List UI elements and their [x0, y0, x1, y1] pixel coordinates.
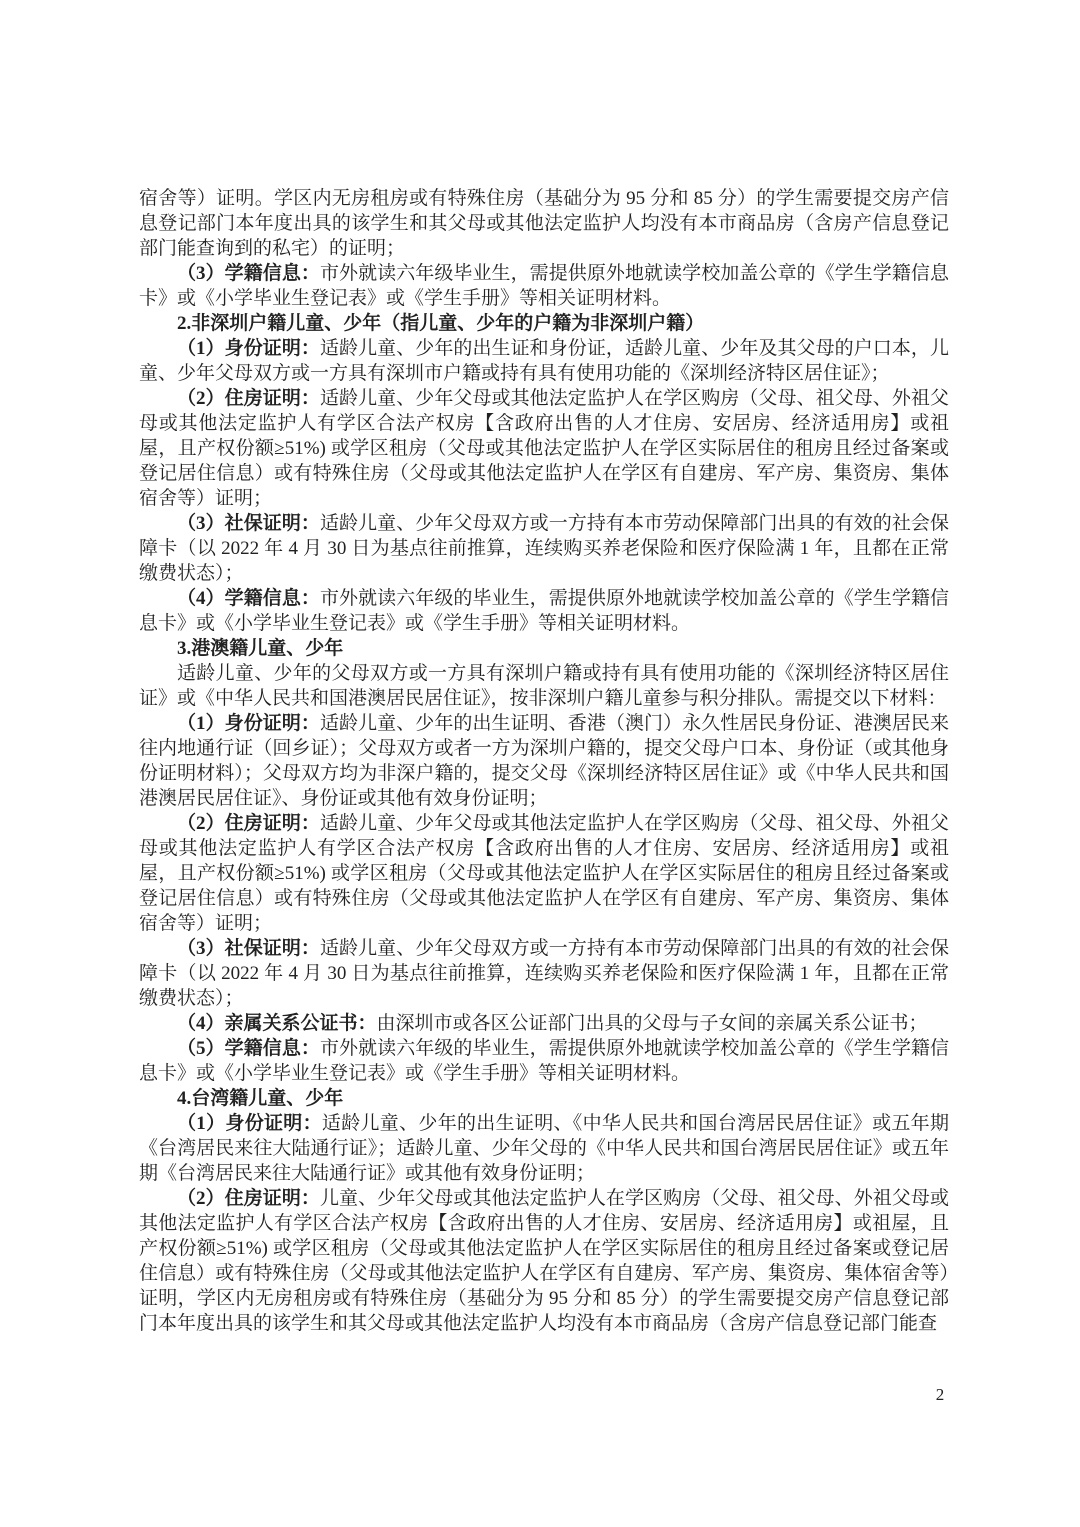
page-number: 2	[928, 1384, 952, 1406]
paragraph: （2）住房证明：儿童、少年父母或其他法定监护人在学区购房（父母、祖父母、外祖父母…	[139, 1186, 949, 1336]
paragraph-text: 由深圳市或各区公证部门出具的父母与子女间的亲属关系公证书；	[377, 1013, 928, 1034]
paragraph-label: （2）住房证明：	[177, 813, 320, 834]
paragraph-label: （3）社保证明：	[177, 513, 320, 534]
section-heading-2: 2.非深圳户籍儿童、少年（指儿童、少年的户籍为非深圳户籍）	[139, 311, 949, 336]
paragraph: （1）身份证明：适龄儿童、少年的出生证明、香港（澳门）永久性居民身份证、港澳居民…	[139, 711, 949, 811]
paragraph: （2）住房证明：适龄儿童、少年父母或其他法定监护人在学区购房（父母、祖父母、外祖…	[139, 811, 949, 936]
section-heading-3: 3.港澳籍儿童、少年	[139, 636, 949, 661]
paragraph-label: （2）住房证明：	[177, 388, 320, 409]
paragraph-label: （4）学籍信息：	[177, 588, 320, 609]
paragraph: （2）住房证明：适龄儿童、少年父母或其他法定监护人在学区购房（父母、祖父母、外祖…	[139, 386, 949, 511]
paragraph: （4）学籍信息：市外就读六年级的毕业生，需提供原外地就读学校加盖公章的《学生学籍…	[139, 586, 949, 636]
paragraph: （3）学籍信息：市外就读六年级毕业生，需提供原外地就读学校加盖公章的《学生学籍信…	[139, 261, 949, 311]
paragraph: （1）身份证明：适龄儿童、少年的出生证明、《中华人民共和国台湾居民居住证》或五年…	[139, 1111, 949, 1186]
paragraph: （4）亲属关系公证书：由深圳市或各区公证部门出具的父母与子女间的亲属关系公证书；	[139, 1011, 949, 1036]
paragraph: （3）社保证明：适龄儿童、少年父母双方或一方持有本市劳动保障部门出具的有效的社会…	[139, 511, 949, 586]
section-heading-4: 4.台湾籍儿童、少年	[139, 1086, 949, 1111]
paragraph-text: 儿童、少年父母或其他法定监护人在学区购房（父母、祖父母、外祖父母或其他法定监护人…	[139, 1188, 949, 1334]
paragraph-continuation: 宿舍等）证明。学区内无房租房或有特殊住房（基础分为 95 分和 85 分）的学生…	[139, 186, 949, 261]
paragraph-label: （5）学籍信息：	[177, 1038, 320, 1059]
document-page: 宿舍等）证明。学区内无房租房或有特殊住房（基础分为 95 分和 85 分）的学生…	[0, 0, 1080, 1527]
document-body: 宿舍等）证明。学区内无房租房或有特殊住房（基础分为 95 分和 85 分）的学生…	[139, 186, 949, 1336]
paragraph-label: （1）身份证明：	[177, 1113, 322, 1134]
paragraph-label: （1）身份证明：	[177, 713, 320, 734]
paragraph: （3）社保证明：适龄儿童、少年父母双方或一方持有本市劳动保障部门出具的有效的社会…	[139, 936, 949, 1011]
paragraph-label: （3）社保证明：	[177, 938, 320, 959]
paragraph-label: （3）学籍信息：	[177, 263, 320, 284]
paragraph-label: （4）亲属关系公证书：	[177, 1013, 377, 1034]
paragraph: （1）身份证明：适龄儿童、少年的出生证和身份证，适龄儿童、少年及其父母的户口本，…	[139, 336, 949, 386]
paragraph-label: （2）住房证明：	[177, 1188, 320, 1209]
paragraph: （5）学籍信息：市外就读六年级的毕业生，需提供原外地就读学校加盖公章的《学生学籍…	[139, 1036, 949, 1086]
paragraph-label: （1）身份证明：	[177, 338, 320, 359]
paragraph: 适龄儿童、少年的父母双方或一方具有深圳户籍或持有具有使用功能的《深圳经济特区居住…	[139, 661, 949, 711]
